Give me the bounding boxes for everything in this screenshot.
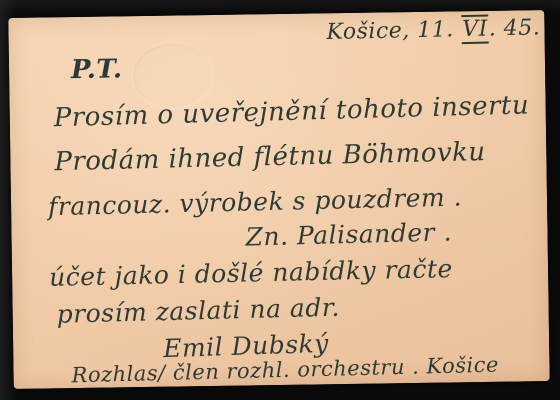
body-line: francouz. výrobek s pouzdrem . <box>48 182 463 221</box>
body-line: Zn. Palisander . <box>245 217 452 251</box>
body-line: prosím zaslati na adr. <box>56 293 340 329</box>
postcard: Košice, 11. VI. 45. P.T. Prosím o uveřej… <box>8 10 549 389</box>
body-line: účet jako i došlé nabídky račte <box>49 254 453 292</box>
body-line: Prodám ihned flétnu Böhmovku <box>54 137 486 177</box>
dateline-month-roman: VI <box>461 14 489 44</box>
salutation: P.T. <box>71 54 123 85</box>
dateline-place-day: Košice, 11. <box>326 17 461 45</box>
signature-affiliation: Rozhlas/ člen rozhl. orchestru . Košice <box>71 353 499 388</box>
dateline-year: . 45. <box>489 15 541 41</box>
dateline: Košice, 11. VI. 45. <box>326 15 540 45</box>
body-line: Prosím o uveřejnění tohoto insertu <box>53 90 529 133</box>
scanned-postcard-scene: Košice, 11. VI. 45. P.T. Prosím o uveřej… <box>0 0 560 400</box>
